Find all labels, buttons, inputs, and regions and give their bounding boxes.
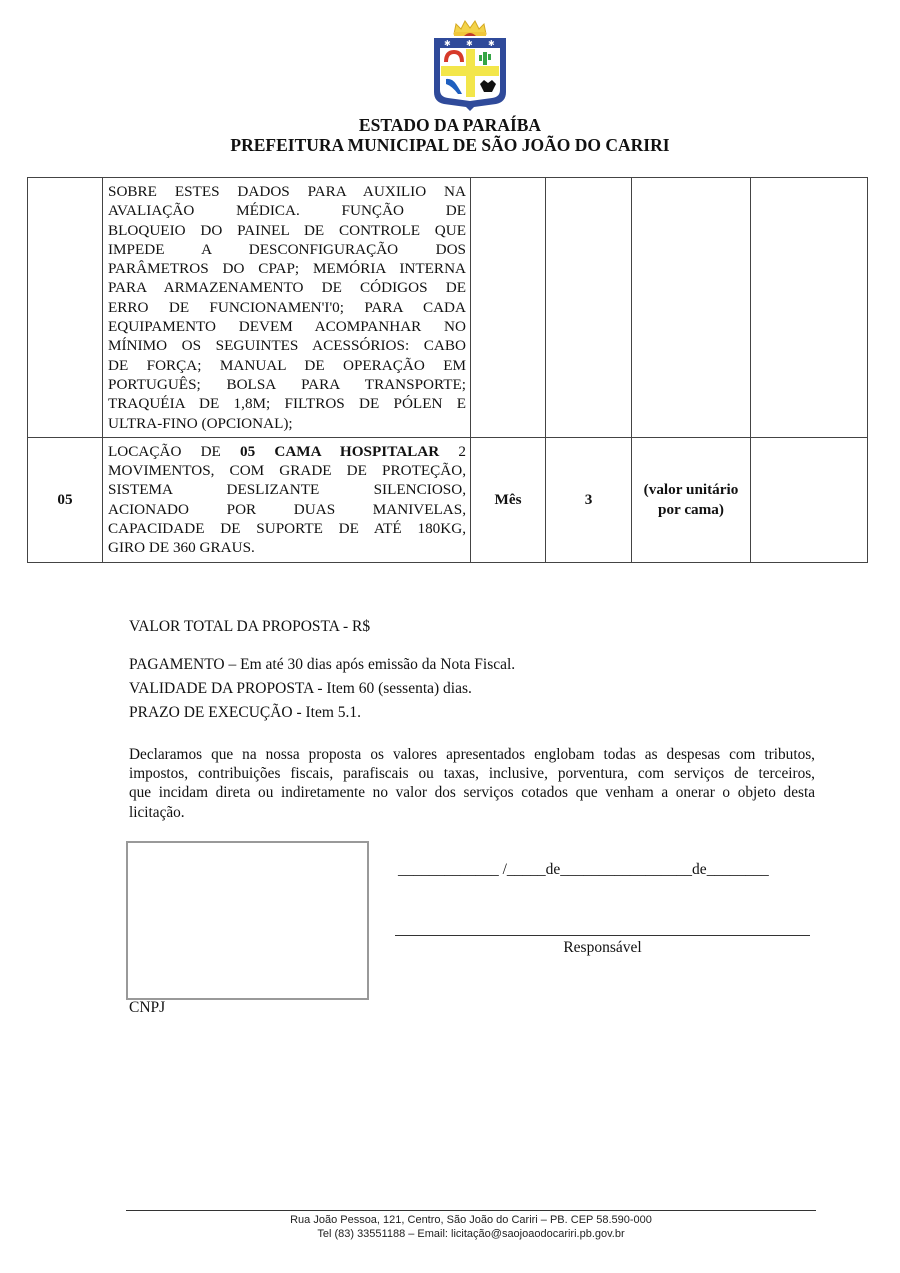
unit-price-line: por cama) bbox=[632, 500, 750, 519]
table-row: SOBRE ESTES DADOS PARA AUXILIO NA AVALIA… bbox=[28, 178, 868, 438]
description-line: ERRO DE FUNCIONAMEN'I'0; PARA CADA bbox=[108, 298, 466, 317]
description-prefix: LOCAÇÃO DE bbox=[108, 443, 221, 460]
description-line: GIRO DE 360 GRAUS. bbox=[108, 538, 466, 557]
description-line: CAPACIDADE DE SUPORTE DE ATÉ 180KG, bbox=[108, 519, 466, 538]
proposal-validity: VALIDADE DA PROPOSTA - Item 60 (sessenta… bbox=[129, 679, 472, 698]
total-value-label: VALOR TOTAL DA PROPOSTA - R$ bbox=[129, 617, 370, 636]
item-number-cell bbox=[28, 178, 103, 438]
declaration-line: Declaramos que na nossa proposta os valo… bbox=[129, 745, 815, 764]
unit-cell bbox=[471, 178, 546, 438]
description-line: TRAQUÉIA DE 1,8M; FILTROS DE PÓLEN E bbox=[108, 394, 466, 413]
responsible-label: Responsável bbox=[395, 939, 810, 957]
state-heading: ESTADO DA PARAÍBA bbox=[0, 116, 900, 135]
declaration-line: impostos, contribuições fiscais, parafis… bbox=[129, 764, 815, 783]
description-cell: LOCAÇÃO DE 05 CAMA HOSPITALAR 2 MOVIMENT… bbox=[103, 437, 471, 562]
coat-of-arms-logo: ✱ ✱ ✱ bbox=[430, 12, 510, 112]
description-bold: 05 CAMA HOSPITALAR bbox=[240, 443, 439, 460]
description-line: PARA ARMAZENAMENTO DE CÓDIGOS DE bbox=[108, 278, 466, 297]
cnpj-label: CNPJ bbox=[129, 999, 165, 1017]
description-suffix: 2 bbox=[458, 443, 466, 460]
description-line: ULTRA-FINO (OPCIONAL); bbox=[108, 414, 466, 433]
description-line: IMPEDE A DESCONFIGURAÇÃO DOS bbox=[108, 240, 466, 259]
date-fill-line: _____________ /_____de_________________d… bbox=[398, 861, 769, 879]
description-line: MOVIMENTOS, COM GRADE DE PROTEÇÃO, bbox=[108, 461, 466, 480]
description-line: DE FORÇA; MANUAL DE OPERAÇÃO EM bbox=[108, 356, 466, 375]
description-line: BLOQUEIO DO PAINEL DE CONTROLE QUE bbox=[108, 221, 466, 240]
item-number-cell: 05 bbox=[28, 437, 103, 562]
svg-text:✱: ✱ bbox=[488, 39, 495, 48]
unit-cell: Mês bbox=[471, 437, 546, 562]
items-table: SOBRE ESTES DADOS PARA AUXILIO NA AVALIA… bbox=[27, 177, 868, 563]
footer-divider bbox=[126, 1210, 816, 1211]
unit-price-cell: (valor unitário por cama) bbox=[632, 437, 751, 562]
svg-text:✱: ✱ bbox=[466, 39, 473, 48]
payment-terms: PAGAMENTO – Em até 30 dias após emissão … bbox=[129, 655, 515, 674]
execution-deadline: PRAZO DE EXECUÇÃO - Item 5.1. bbox=[129, 703, 361, 722]
total-cell bbox=[751, 437, 868, 562]
declaration-paragraph: Declaramos que na nossa proposta os valo… bbox=[129, 745, 815, 822]
description-line: EQUIPAMENTO DEVEM ACOMPANHAR NO bbox=[108, 317, 466, 336]
description-line: SISTEMA DESLIZANTE SILENCIOSO, bbox=[108, 480, 466, 499]
description-line: ACIONADO POR DUAS MANIVELAS, bbox=[108, 500, 466, 519]
quantity-cell bbox=[546, 178, 632, 438]
signature-line bbox=[395, 935, 810, 936]
declaration-line: licitação. bbox=[129, 803, 815, 822]
declaration-line: que incidam direta ou indiretamente no v… bbox=[129, 783, 815, 802]
description-line: MÍNIMO OS SEGUINTES ACESSÓRIOS: CABO bbox=[108, 336, 466, 355]
footer-contact: Tel (83) 33551188 – Email: licitação@sao… bbox=[126, 1227, 816, 1241]
description-line: SOBRE ESTES DADOS PARA AUXILIO NA bbox=[108, 182, 466, 201]
total-cell bbox=[751, 178, 868, 438]
description-line: AVALIAÇÃO MÉDICA. FUNÇÃO DE bbox=[108, 201, 466, 220]
description-line: LOCAÇÃO DE 05 CAMA HOSPITALAR 2 bbox=[108, 442, 466, 461]
footer-address: Rua João Pessoa, 121, Centro, São João d… bbox=[126, 1213, 816, 1227]
unit-price-line: (valor unitário bbox=[632, 480, 750, 499]
municipality-heading: PREFEITURA MUNICIPAL DE SÃO JOÃO DO CARI… bbox=[0, 136, 900, 155]
cnpj-stamp-box bbox=[126, 841, 369, 1000]
svg-text:✱: ✱ bbox=[444, 39, 451, 48]
description-line: PORTUGUÊS; BOLSA PARA TRANSPORTE; bbox=[108, 375, 466, 394]
unit-price-cell bbox=[632, 178, 751, 438]
quantity-cell: 3 bbox=[546, 437, 632, 562]
description-line: PARÂMETROS DO CPAP; MEMÓRIA INTERNA bbox=[108, 259, 466, 278]
description-cell: SOBRE ESTES DADOS PARA AUXILIO NA AVALIA… bbox=[103, 178, 471, 438]
table-row: 05 LOCAÇÃO DE 05 CAMA HOSPITALAR 2 MOVIM… bbox=[28, 437, 868, 562]
